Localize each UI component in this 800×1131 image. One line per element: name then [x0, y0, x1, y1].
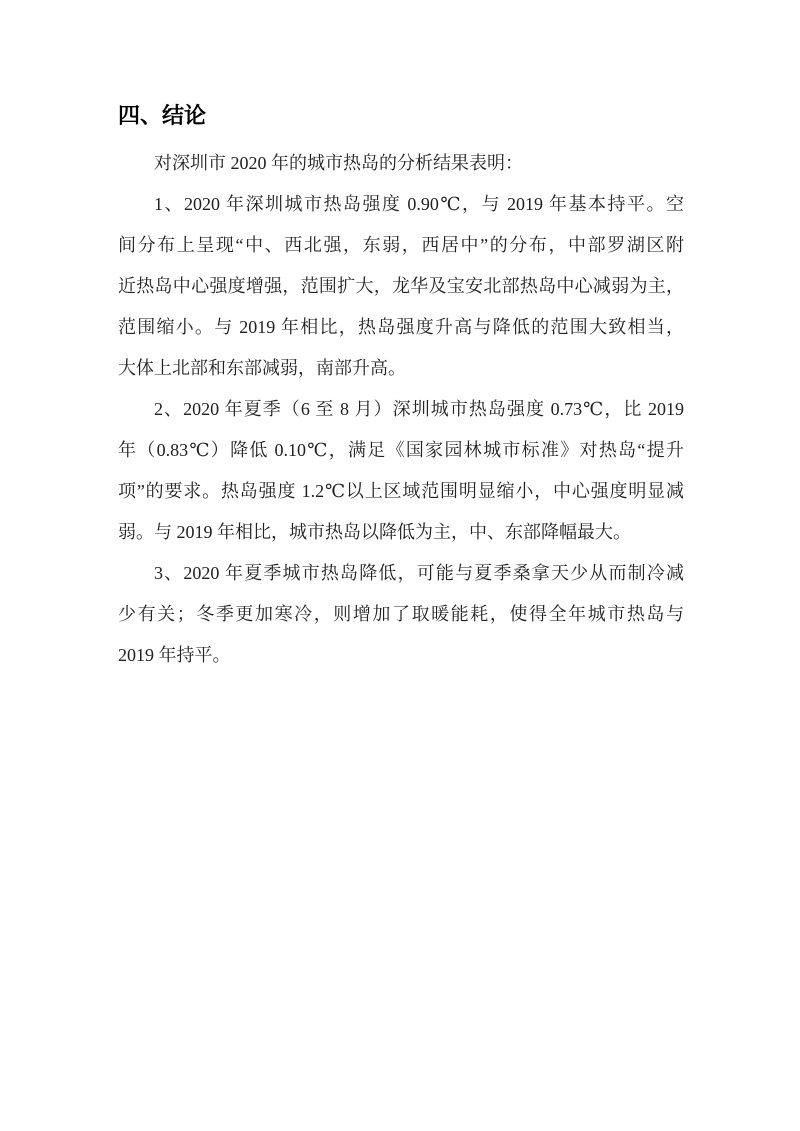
paragraph-1: 对深圳市 2020 年的城市热岛的分析结果表明：: [118, 143, 684, 184]
text-line: 项”的要求。热岛强度 1.2℃以上区域范围明显缩小，中心强度明显减: [118, 471, 684, 512]
document-page: 四、结论 对深圳市 2020 年的城市热岛的分析结果表明：1、2020 年深圳城…: [0, 0, 800, 1131]
text-line: 弱。与 2019 年相比，城市热岛以降低为主，中、东部降幅最大。: [118, 512, 684, 553]
text-line: 对深圳市 2020 年的城市热岛的分析结果表明：: [118, 143, 684, 184]
section-heading: 四、结论: [118, 101, 684, 131]
text-line: 年（0.83℃）降低 0.10℃，满足《国家园林城市标准》对热岛“提升: [118, 430, 684, 471]
text-line: 2、2020 年夏季（6 至 8 月）深圳城市热岛强度 0.73℃，比 2019: [118, 389, 684, 430]
text-line: 范围缩小。与 2019 年相比，热岛强度升高与降低的范围大致相当，: [118, 307, 684, 348]
text-line: 2019 年持平。: [118, 635, 684, 676]
text-line: 间分布上呈现“中、西北强，东弱，西居中”的分布，中部罗湖区附: [118, 225, 684, 266]
document-body: 对深圳市 2020 年的城市热岛的分析结果表明：1、2020 年深圳城市热岛强度…: [118, 143, 684, 676]
text-line: 大体上北部和东部减弱，南部升高。: [118, 348, 684, 389]
paragraph-4: 3、2020 年夏季城市热岛降低，可能与夏季桑拿天少从而制冷减少有关；冬季更加寒…: [118, 553, 684, 676]
text-line: 1、2020 年深圳城市热岛强度 0.90℃，与 2019 年基本持平。空: [118, 184, 684, 225]
text-line: 3、2020 年夏季城市热岛降低，可能与夏季桑拿天少从而制冷减: [118, 553, 684, 594]
text-line: 少有关；冬季更加寒冷，则增加了取暖能耗，使得全年城市热岛与: [118, 594, 684, 635]
paragraph-2: 1、2020 年深圳城市热岛强度 0.90℃，与 2019 年基本持平。空间分布…: [118, 184, 684, 389]
text-line: 近热岛中心强度增强，范围扩大，龙华及宝安北部热岛中心减弱为主，: [118, 266, 684, 307]
paragraph-3: 2、2020 年夏季（6 至 8 月）深圳城市热岛强度 0.73℃，比 2019…: [118, 389, 684, 553]
document-content: 四、结论 对深圳市 2020 年的城市热岛的分析结果表明：1、2020 年深圳城…: [118, 101, 684, 676]
